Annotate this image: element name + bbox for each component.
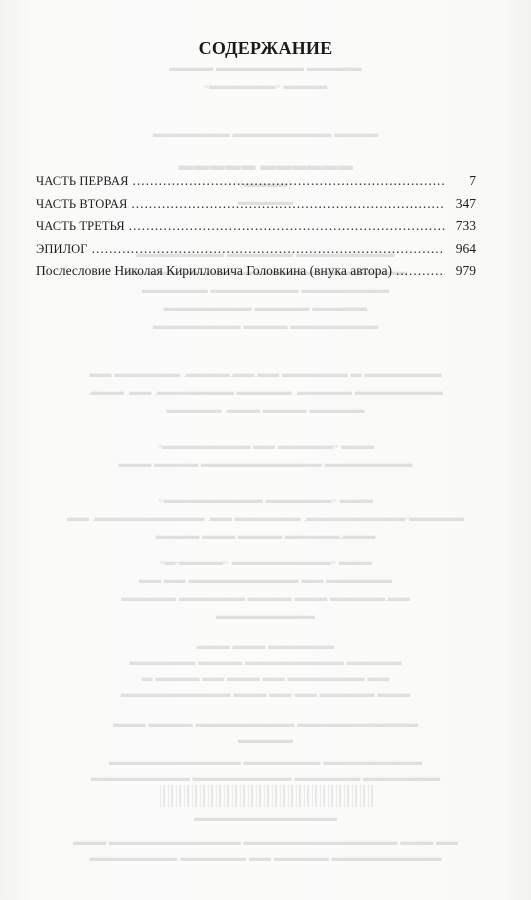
dot-leader bbox=[133, 170, 445, 193]
toc-entry-label: ЭПИЛОГ bbox=[36, 238, 92, 261]
dot-leader bbox=[131, 193, 445, 216]
dot-leader bbox=[396, 260, 445, 283]
toc-entry-afterword[interactable]: Послесловие Николая Кирилловича Головкин… bbox=[36, 260, 476, 283]
toc-entry-label: ЧАСТЬ ПЕРВАЯ bbox=[36, 170, 133, 193]
dot-leader bbox=[92, 238, 445, 261]
toc-entry-page: 347 bbox=[445, 193, 476, 216]
toc-entry-label: ЧАСТЬ ТРЕТЬЯ bbox=[36, 215, 129, 238]
toc-entry-page: 733 bbox=[445, 215, 476, 238]
toc-entry-part-one[interactable]: ЧАСТЬ ПЕРВАЯ 7 bbox=[36, 170, 476, 193]
page-title: СОДЕРЖАНИЕ bbox=[0, 38, 531, 59]
toc-entry-page: 7 bbox=[445, 170, 476, 193]
dot-leader bbox=[129, 215, 445, 238]
toc-entry-label: Послесловие Николая Кирилловича Головкин… bbox=[36, 260, 396, 283]
table-of-contents: ЧАСТЬ ПЕРВАЯ 7 ЧАСТЬ ВТОРАЯ 347 ЧАСТЬ ТР… bbox=[36, 170, 476, 283]
toc-entry-part-three[interactable]: ЧАСТЬ ТРЕТЬЯ 733 bbox=[36, 215, 476, 238]
toc-entry-epilogue[interactable]: ЭПИЛОГ 964 bbox=[36, 238, 476, 261]
toc-entry-page: 979 bbox=[445, 260, 476, 283]
toc-entry-label: ЧАСТЬ ВТОРАЯ bbox=[36, 193, 131, 216]
page-background bbox=[0, 0, 531, 900]
toc-entry-part-two[interactable]: ЧАСТЬ ВТОРАЯ 347 bbox=[36, 193, 476, 216]
toc-entry-page: 964 bbox=[445, 238, 476, 261]
